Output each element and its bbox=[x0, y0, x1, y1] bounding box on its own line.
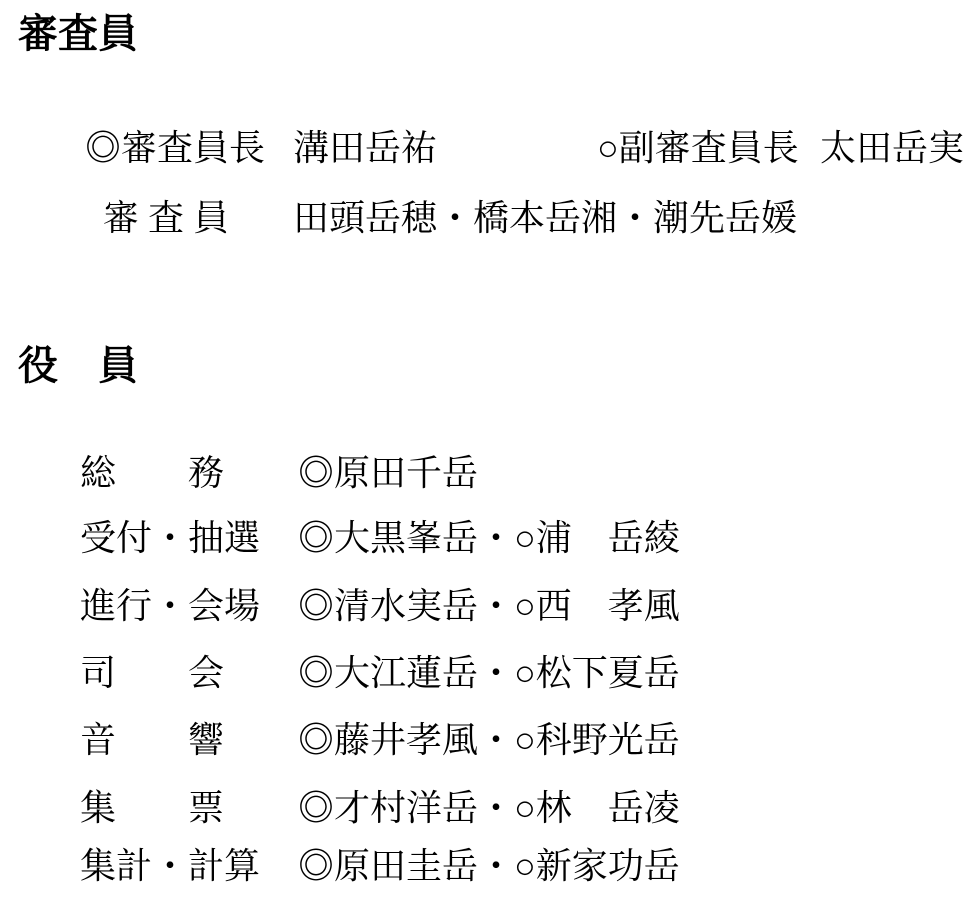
judge-members-names: 田頭岳穂・橋本岳湘・潮先岳媛 bbox=[293, 198, 797, 238]
chief-judge-name: 溝田岳祐 bbox=[293, 128, 437, 168]
officer-names: ◎才村洋岳・○林 岳凌 bbox=[298, 788, 680, 828]
officer-row-shikai: 司 会 ◎大江蓮岳・○松下夏岳 bbox=[0, 653, 972, 695]
document-page: 審査員 ◎審査員長 溝田岳祐 ○副審査員長 太田岳実 審 査 員 田頭岳穂・橋本… bbox=[0, 0, 972, 915]
officer-row-shuhyo: 集 票 ◎才村洋岳・○林 岳凌 bbox=[0, 788, 972, 830]
officer-names: ◎原田圭岳・○新家功岳 bbox=[298, 846, 680, 886]
officers-section-heading: 役 員 bbox=[18, 344, 138, 388]
officer-role: 集計・計算 bbox=[80, 846, 260, 886]
officer-row-shinko-kaijo: 進行・会場 ◎清水実岳・○西 孝風 bbox=[0, 586, 972, 628]
officer-names: ◎藤井孝風・○科野光岳 bbox=[298, 720, 680, 760]
judges-section-heading: 審査員 bbox=[18, 12, 138, 56]
officer-row-onkyo: 音 響 ◎藤井孝風・○科野光岳 bbox=[0, 720, 972, 762]
officer-names: ◎大江蓮岳・○松下夏岳 bbox=[298, 653, 680, 693]
vice-chief-judge-label: ○副審査員長 bbox=[597, 128, 799, 168]
judge-members-label: 審 査 員 bbox=[103, 198, 229, 238]
officer-role: 進行・会場 bbox=[80, 586, 260, 626]
officer-role: 音 響 bbox=[80, 720, 224, 760]
officer-role: 総 務 bbox=[80, 453, 224, 493]
officer-names: ◎清水実岳・○西 孝風 bbox=[298, 586, 680, 626]
officer-role: 司 会 bbox=[80, 653, 224, 693]
officer-role: 集 票 bbox=[80, 788, 224, 828]
vice-chief-judge-name: 太田岳実 bbox=[820, 128, 964, 168]
chief-judge-label: ◎審査員長 bbox=[85, 128, 265, 168]
officer-row-shukei-keisan: 集計・計算 ◎原田圭岳・○新家功岳 bbox=[0, 846, 972, 888]
officer-row-uketsuke-chusen: 受付・抽選 ◎大黒峯岳・○浦 岳綾 bbox=[0, 518, 972, 560]
officer-names: ◎原田千岳 bbox=[298, 453, 478, 493]
officer-row-somu: 総 務 ◎原田千岳 bbox=[0, 453, 972, 495]
officer-role: 受付・抽選 bbox=[80, 518, 260, 558]
officer-names: ◎大黒峯岳・○浦 岳綾 bbox=[298, 518, 680, 558]
